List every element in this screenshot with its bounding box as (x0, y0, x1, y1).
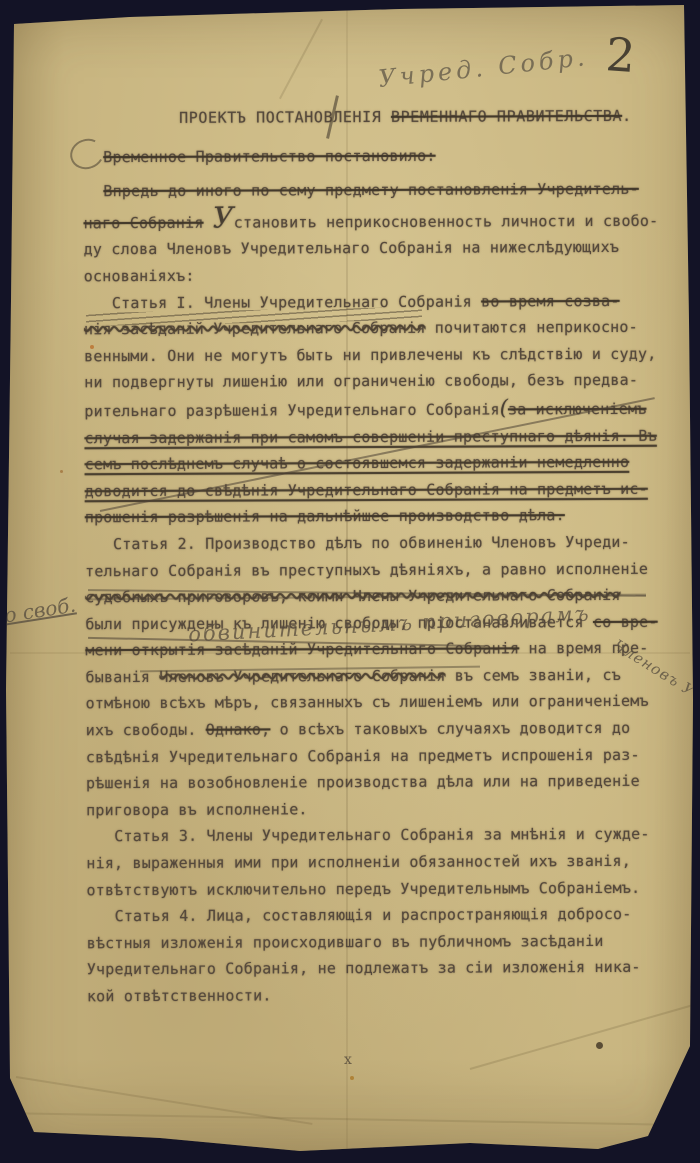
typed-segment: о всѣхъ таковыхъ случаяхъ доводится до (270, 719, 630, 739)
typed-segment: свѣдѣнія Учредительнаго Собранія на пред… (86, 745, 640, 765)
text-line: рительнаго разрѣшенія Учредительнаго Соб… (84, 394, 652, 425)
typed-segment: ни подвергнуты лишенію или ограниченію с… (84, 371, 638, 391)
text-line: приговора въ исполненіе. (86, 795, 654, 824)
text-line: мени открытія засѣданій Учредительнаго С… (85, 635, 653, 664)
typed-segment: рѣшенія на возобновленіе производства дѣ… (86, 772, 640, 792)
typed-segment: Временное Правительство постановило: (103, 146, 435, 165)
typed-segment: отмѣною всѣхъ мѣръ, связанныхъ съ лишені… (86, 692, 649, 712)
text-line: Статья 2. Производство дѣлъ по обвиненію… (113, 529, 653, 558)
text-line: ихъ свободы. Однако, о всѣхъ таковыхъ сл… (86, 715, 654, 744)
typed-segment: ду слова Членовъ Учредительнаго Собранія… (84, 238, 619, 258)
typed-segment: на время пре- (519, 639, 648, 658)
typed-segment: мени открытія засѣданій Учредительнаго С… (85, 640, 519, 660)
typed-segment: нія, выраженныя ими при исполненіи обяза… (86, 852, 631, 872)
text-line: ду слова Членовъ Учредительнаго Собранія… (84, 234, 652, 263)
typed-segment: со вре- (593, 612, 658, 630)
typed-segment: вѣстныя изложенія происходившаго въ публ… (87, 932, 604, 952)
typed-segment: Учредительнаго Собранія, не подлежатъ за… (87, 958, 641, 978)
text-line: нія, выраженныя ими при исполненіи обяза… (86, 848, 654, 877)
typed-segment: тельнаго Собранія въ преступныхъ дѣяніях… (85, 559, 648, 579)
typed-segment: ихъ свободы. (86, 721, 206, 740)
text-line: Статья 3. Члены Учредительнаго Собранія … (114, 821, 654, 850)
typed-segment: за исключеніемъ (508, 400, 647, 419)
stain-speck (350, 1076, 354, 1080)
text-line: прошенія разрѣшенія на дальнѣйшее произв… (85, 502, 653, 531)
crease-bottom-fold (20, 1112, 660, 1125)
typed-segment: Статья I. Члены Учредительнаго Собранія (112, 292, 481, 312)
handwritten-inline-mark: ( (500, 395, 508, 419)
crease-bottom-right (470, 1005, 692, 1070)
scan-background: ПРОЕКТЪ ПОСТАНОВЛЕНІЯ ВРЕМЕННАГО ПРАВИТЕ… (0, 0, 700, 1163)
handwritten-left-margin-note: о своб. (3, 593, 78, 628)
typed-segment: семъ послѣднемъ случаѣ о состоявшемся за… (85, 453, 630, 473)
typed-segment: кой отвѣтственности. (87, 986, 272, 1005)
typed-segment: въ семъ званіи, съ (445, 666, 620, 685)
typed-segment: судебныхъ приговоровъ, коими Члены Учред… (85, 586, 620, 606)
text-line: свѣдѣнія Учредительнаго Собранія на пред… (86, 741, 654, 770)
typed-segment: быванія (85, 668, 159, 686)
text-line: судебныхъ приговоровъ, коими Члены Учред… (85, 582, 653, 611)
text-line: наго Собранія Установить неприкосновенно… (83, 203, 651, 237)
text-line: Временное Правительство постановило: (103, 141, 651, 170)
typed-segment: доводится до свѣдѣнія Учредительнаго Соб… (85, 480, 648, 500)
text-line: были присуждены къ лишенію свободы, пріо… (85, 608, 653, 637)
typed-segment: . (622, 107, 632, 125)
crease-bottom-left (16, 1076, 313, 1125)
typed-segment: Статья 2. Производство дѣлъ по обвиненію… (113, 533, 630, 553)
typed-segment: Статья 4. Лица, составляющія и распростр… (115, 905, 632, 925)
text-line: основаніяхъ: (84, 261, 652, 290)
handwritten-bottom-mark: х (344, 1052, 352, 1068)
stain-speck (596, 1042, 603, 1049)
text-line: отмѣною всѣхъ мѣръ, связанныхъ съ лишені… (86, 688, 654, 717)
text-line: рѣшенія на возобновленіе производства дѣ… (86, 768, 654, 797)
document-page: ПРОЕКТЪ ПОСТАНОВЛЕНІЯ ВРЕМЕННАГО ПРАВИТЕ… (0, 0, 700, 1163)
typed-segment: венными. Они не могутъ быть ни привлечен… (84, 344, 656, 364)
typed-segment: случая задержанія при самомъ совершеніи … (84, 426, 656, 446)
text-line: семъ послѣднемъ случаѣ о состоявшемся за… (85, 449, 653, 478)
typed-segment: Однако, (206, 720, 271, 738)
stain-speck (60, 470, 63, 473)
typed-segment: прошенія разрѣшенія на дальнѣйшее произв… (85, 506, 565, 526)
typed-segment (204, 213, 213, 231)
crease-top-left (279, 19, 323, 99)
text-line: венными. Они не могутъ быть ни привлечен… (84, 341, 652, 370)
text-line: Учредительнаго Собранія, не подлежатъ за… (87, 954, 655, 983)
text-line: Статья 4. Лица, составляющія и распростр… (115, 901, 655, 930)
text-line: Впредь до иного по сему предмету постано… (103, 176, 651, 205)
text-line: кой отвѣтственности. (87, 981, 655, 1010)
typed-segment: нія засѣданій Учредительнаго Собранія (84, 319, 426, 338)
typed-segment: Впредь до иного по сему предмету постано… (103, 180, 638, 200)
typed-segment: во время созва- (481, 291, 620, 310)
handwritten-top-note: Учред. Собр. (377, 43, 590, 93)
typed-segment: Членовъ Учредительнаго Собранія (159, 667, 445, 686)
text-line: доводится до свѣдѣнія Учредительнаго Соб… (85, 475, 653, 504)
text-line: тельнаго Собранія въ преступныхъ дѣяніях… (85, 555, 653, 584)
typed-segment: были присуждены къ лишенію свободы, пріо… (85, 613, 593, 633)
text-line: ПРОЕКТЪ ПОСТАНОВЛЕНІЯ ВРЕМЕННАГО ПРАВИТЕ… (179, 103, 651, 132)
typed-segment: ВРЕМЕННАГО ПРАВИТЕЛЬСТВА (391, 107, 622, 126)
typed-segment: ПРОЕКТЪ ПОСТАНОВЛЕНІЯ (179, 108, 391, 127)
text-line: случая задержанія при самомъ совершеніи … (84, 422, 652, 451)
typed-segment: рительнаго разрѣшенія Учредительнаго Соб… (84, 400, 499, 420)
handwritten-inline-mark: У (213, 200, 234, 234)
typed-segment: почитаются неприкосно- (426, 318, 638, 337)
typed-text-block: ПРОЕКТЪ ПОСТАНОВЛЕНІЯ ВРЕМЕННАГО ПРАВИТЕ… (83, 103, 655, 1010)
typed-segment: отвѣтствуютъ исключительно передъ Учреди… (86, 878, 640, 898)
text-line: Статья I. Члены Учредительнаго Собранія … (112, 287, 652, 316)
typed-segment: становить неприкосновенность личности и … (234, 212, 659, 232)
typed-segment: наго Собранія (84, 214, 204, 233)
typed-segment: приговора въ исполненіе. (86, 800, 308, 819)
text-line: вѣстныя изложенія происходившаго въ публ… (87, 928, 655, 957)
text-line: быванія Членовъ Учредительнаго Собранія … (85, 662, 653, 691)
typed-segment: основаніяхъ: (84, 267, 195, 285)
text-line: нія засѣданій Учредительнаго Собранія по… (84, 314, 652, 343)
typed-segment: Статья 3. Члены Учредительнаго Собранія … (114, 825, 649, 845)
page-number: 2 (604, 27, 637, 83)
text-line: отвѣтствуютъ исключительно передъ Учреди… (86, 874, 654, 903)
text-line: ни подвергнуты лишенію или ограниченію с… (84, 367, 652, 396)
